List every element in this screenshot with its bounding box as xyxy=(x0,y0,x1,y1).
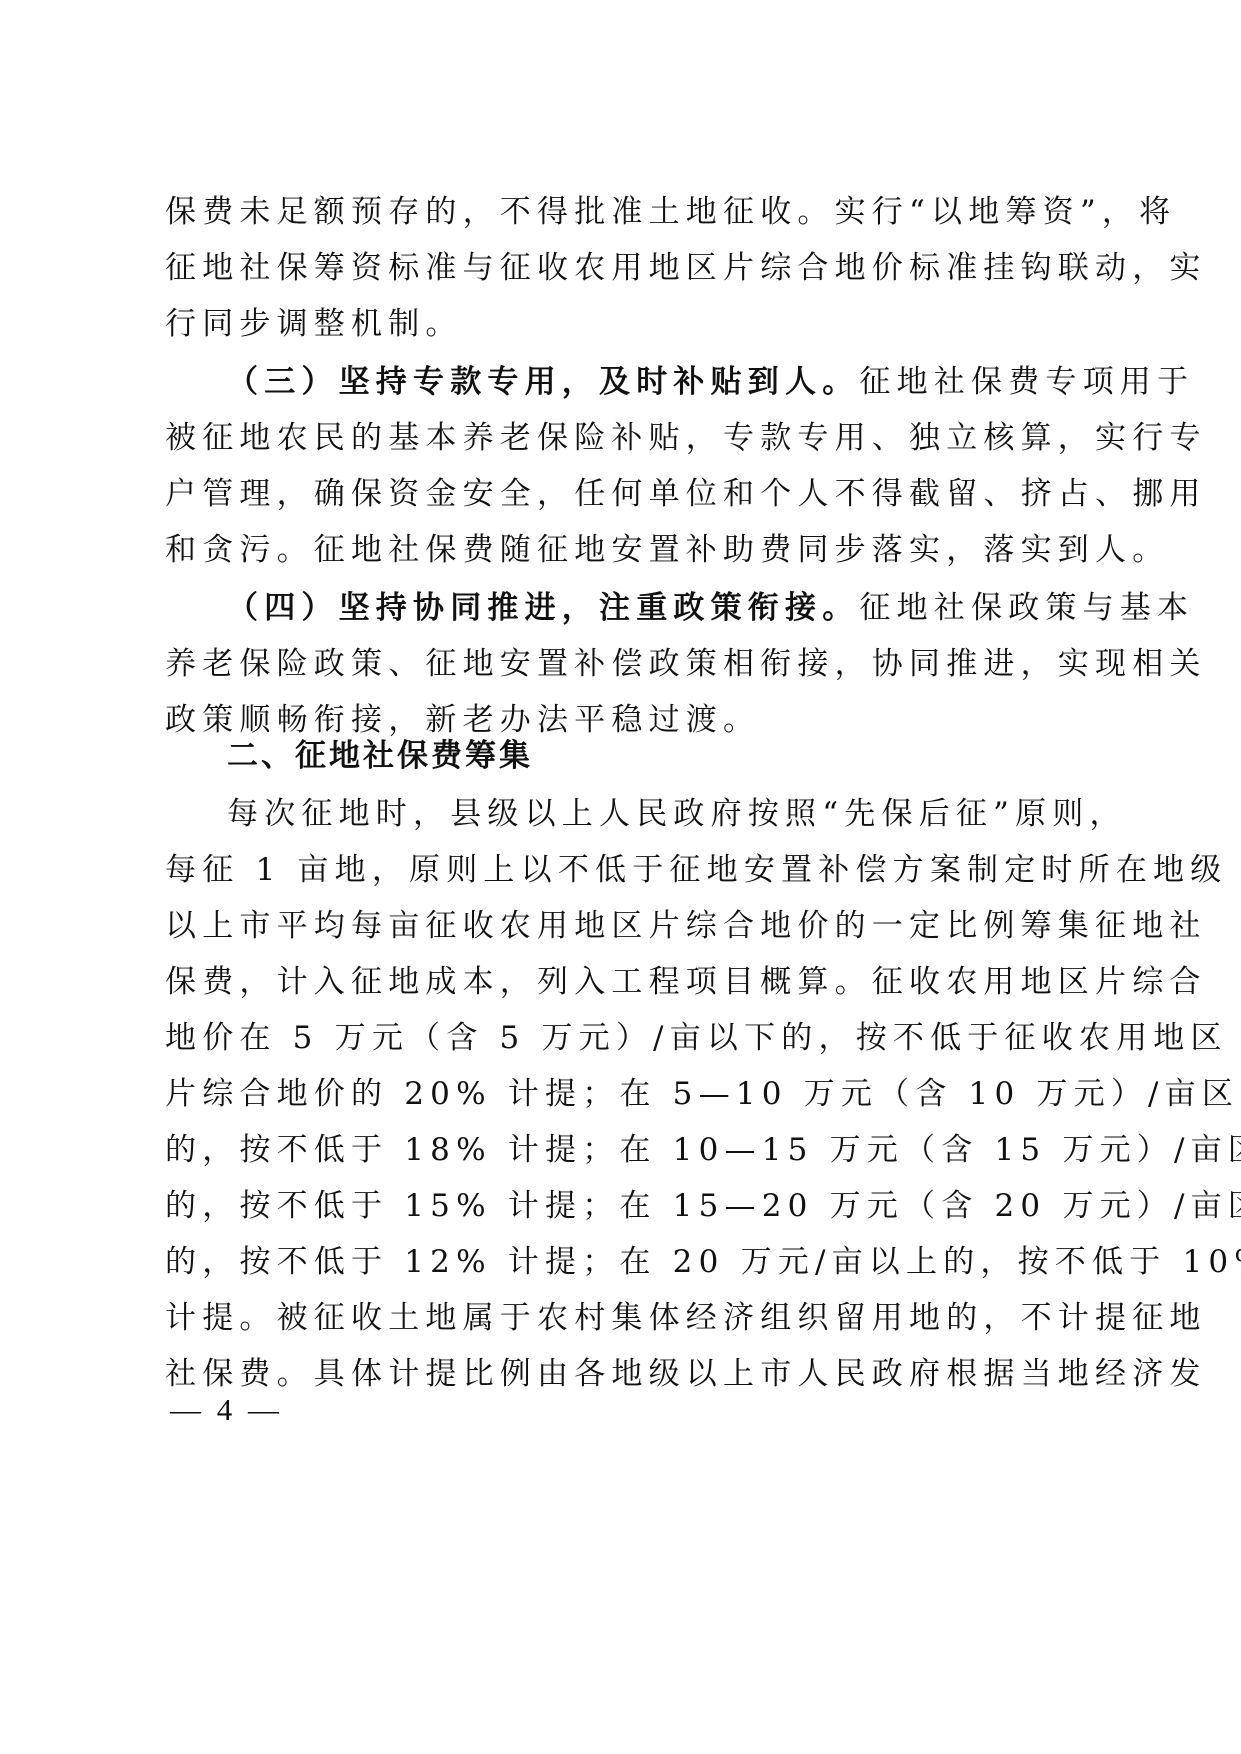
paragraph-4-text: 征地社保政策与基本 xyxy=(859,590,1194,626)
paragraph-3-lead: （三）坚持专款专用，及时补贴到人。 xyxy=(227,364,859,400)
paragraph-line: 社保费。具体计提比例由各地级以上市人民政府根据当地经济发 xyxy=(165,1354,1075,1394)
paragraph-line: 计提。被征收土地属于农村集体经济组织留用地的，不计提征地 xyxy=(165,1298,1075,1338)
section-heading: 二、征地社保费筹集 xyxy=(227,736,533,776)
paragraph-line: 和贪污。征地社保费随征地安置补助费同步落实，落实到人。 xyxy=(165,530,1075,570)
paragraph-line: 每次征地时，县级以上人民政府按照“先保后征”原则， xyxy=(227,794,1075,834)
paragraph-line: 养老保险政策、征地安置补偿政策相衔接，协同推进，实现相关 xyxy=(165,644,1075,684)
paragraph-line: 的，按不低于 18% 计提；在 10—15 万元（含 15 万元）/亩区间 xyxy=(165,1130,1075,1170)
document-page: 保费未足额预存的，不得批准土地征收。实行“以地筹资”，将 征地社保筹资标准与征收… xyxy=(0,0,1241,1754)
paragraph-line: 保费未足额预存的，不得批准土地征收。实行“以地筹资”，将 xyxy=(165,192,1075,232)
paragraph-line: 地价在 5 万元（含 5 万元）/亩以下的，按不低于征收农用地区 xyxy=(165,1018,1075,1058)
paragraph-line: 片综合地价的 20% 计提；在 5—10 万元（含 10 万元）/亩区间 xyxy=(165,1074,1075,1114)
paragraph-3-text: 征地社保费专项用于 xyxy=(859,364,1194,400)
paragraph-line: 户管理，确保资金安全，任何单位和个人不得截留、挤占、挪用 xyxy=(165,474,1075,514)
paragraph-3-first-line: （三）坚持专款专用，及时补贴到人。征地社保费专项用于 xyxy=(227,362,1075,402)
paragraph-line: 被征地农民的基本养老保险补贴，专款专用、独立核算，实行专 xyxy=(165,418,1075,458)
paragraph-4-first-line: （四）坚持协同推进，注重政策衔接。征地社保政策与基本 xyxy=(227,588,1075,628)
paragraph-4-lead: （四）坚持协同推进，注重政策衔接。 xyxy=(227,590,859,626)
paragraph-line: 保费，计入征地成本，列入工程项目概算。征收农用地区片综合 xyxy=(165,962,1075,1002)
paragraph-line: 的，按不低于 15% 计提；在 15—20 万元（含 20 万元）/亩区间 xyxy=(165,1186,1075,1226)
paragraph-line: 的，按不低于 12% 计提；在 20 万元/亩以上的，按不低于 10% xyxy=(165,1242,1075,1282)
paragraph-line: 政策顺畅衔接，新老办法平稳过渡。 xyxy=(165,700,1075,740)
paragraph-line: 征地社保筹资标准与征收农用地区片综合地价标准挂钩联动，实 xyxy=(165,248,1075,288)
paragraph-line: 以上市平均每亩征收农用地区片综合地价的一定比例筹集征地社 xyxy=(165,906,1075,946)
paragraph-line: 行同步调整机制。 xyxy=(165,304,1075,344)
page-number: — 4 — xyxy=(170,1390,283,1430)
paragraph-line: 每征 1 亩地，原则上以不低于征地安置补偿方案制定时所在地级 xyxy=(165,850,1075,890)
